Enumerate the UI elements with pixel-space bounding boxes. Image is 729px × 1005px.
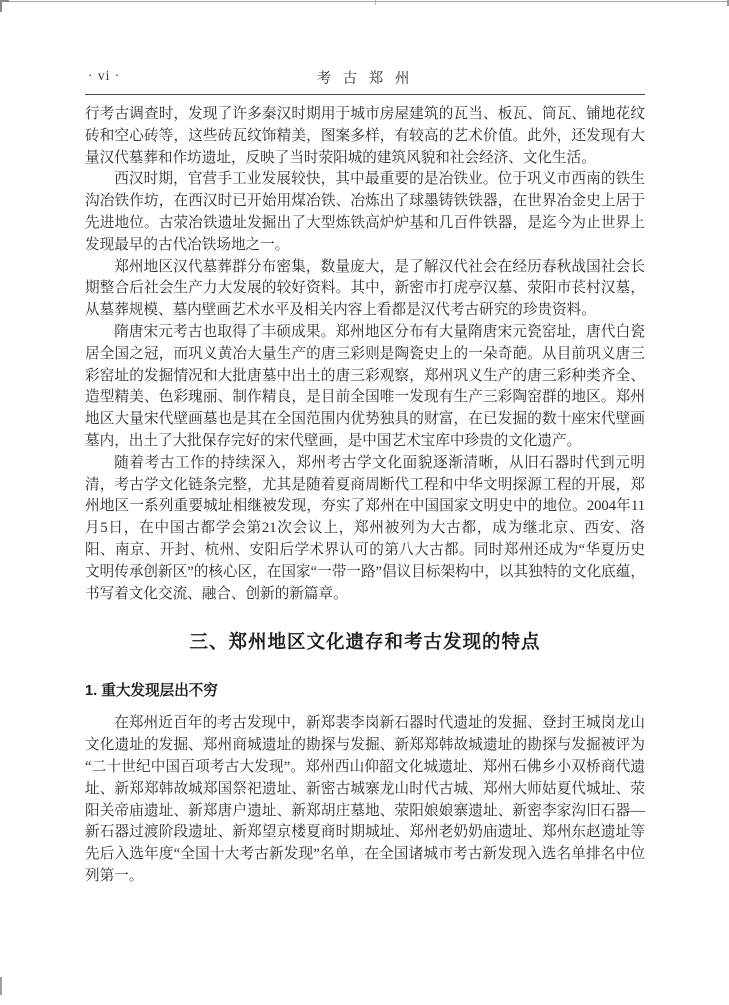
book-title: 考 古 郑 州 [85, 67, 645, 88]
body-paragraph: 行考古调查时，发现了许多秦汉时期用于城市房屋建筑的瓦当、板瓦、筒瓦、铺地花纹砖和… [85, 104, 645, 169]
body-text: 行考古调查时，发现了许多秦汉时期用于城市房屋建筑的瓦当、板瓦、筒瓦、铺地花纹砖和… [85, 104, 645, 605]
body-paragraph: 隋唐宋元考古也取得了丰硕成果。郑州地区分布有大量隋唐宋元瓷窑址，唐代白瓷居全国之… [85, 322, 645, 453]
scan-tick-bottom-left [0, 977, 2, 995]
page-content: · vi · 考 古 郑 州 行考古调查时，发现了许多秦汉时期用于城市房屋建筑的… [85, 0, 645, 888]
body-paragraph: 西汉时期，官营手工业发展较快，其中最重要的是冶铁业。位于巩义市西南的铁生沟冶铁作… [85, 169, 645, 256]
sub-heading: 1. 重大发现层出不穷 [85, 680, 645, 702]
body-paragraph: 随着考古工作的持续深入，郑州考古学文化面貌逐渐清晰，从旧石器时代到元明清，考古学… [85, 453, 645, 606]
body-paragraph: 郑州地区汉代墓葬群分布密集，数量庞大，是了解汉代社会在经历春秋战国社会长期整合后… [85, 257, 645, 322]
body-paragraph: 在郑州近百年的考古发现中，新郑裴李岗新石器时代遗址的发掘、登封王城岗龙山文化遗址… [85, 713, 645, 887]
scanned-book-page: { "doc": { "header": { "page_number": "·… [0, 0, 729, 1005]
scan-corner-top-left [0, 0, 2, 12]
running-header: · vi · 考 古 郑 州 [85, 64, 645, 95]
section-heading: 三、郑州地区文化遗存和考古发现的特点 [85, 628, 645, 656]
section-body: 在郑州近百年的考古发现中，新郑裴李岗新石器时代遗址的发掘、登封王城岗龙山文化遗址… [85, 713, 645, 887]
